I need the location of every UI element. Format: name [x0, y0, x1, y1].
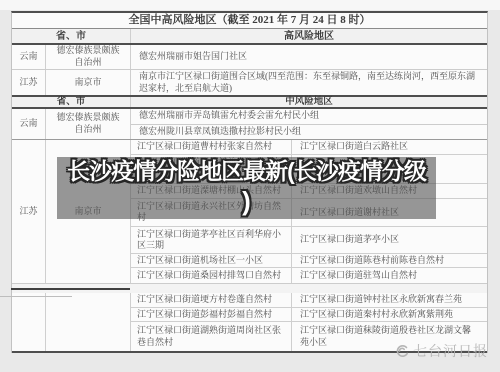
area-cell: 德宏州瑞丽市弄岛镇雷允村委会雷允村民小组: [131, 109, 487, 125]
area-cell: 江宁区禄口街道桑园村排驾口自然村: [131, 268, 292, 283]
city-cell-empty: [46, 293, 131, 351]
area-cell: 南京市江宁区禄口街道围合区域(四至范围：东至禄铜路，南至达练岗河，西至原东湖迟家…: [131, 70, 487, 95]
medium-risk-header: 中风险地区: [131, 97, 487, 107]
province-cell-empty: [12, 293, 46, 351]
headline-text-continued: ): [242, 186, 251, 216]
chunk-divider-dark-line: [11, 288, 130, 290]
page-top-margin: [0, 0, 500, 10]
table-row: 江苏 南京市 南京市江宁区禄口街道围合区域(四至范围：东至禄铜路，南至达练岗河，…: [12, 70, 487, 97]
headline-text: 长沙疫情分险地区最新(长沙疫情分级: [67, 157, 426, 186]
province-cell: 江苏: [12, 140, 46, 283]
province-cell: 云南: [12, 109, 46, 139]
area-cell: 江宁区禄口街道秦村村永欣新寓紫荆苑: [292, 308, 487, 322]
area-cell: 江宁区禄口街道茅亭小区: [292, 227, 487, 253]
area-cell: 江宁区禄口街道机场社区一小区: [131, 254, 292, 267]
province-city-header: 省、市: [12, 29, 131, 43]
high-risk-header-row: 省、市 高风险地区: [12, 29, 487, 45]
area-cell: 江宁区禄口街道湖熟街道周岗社区张巷自然村: [131, 322, 292, 351]
city-cell: 德宏傣族景颇族自治州: [46, 109, 131, 139]
area-cell: 江宁区禄口街道曹村村张家自然村: [131, 140, 292, 154]
table-row: 云南 德宏傣族景颇族自治州 德宏州瑞丽市姐告国门社区: [12, 45, 487, 70]
table-row: 云南 德宏傣族景颇族自治州 德宏州瑞丽市弄岛镇雷允村委会雷允村民小组 德宏州陇川…: [12, 109, 487, 140]
area-cell: 江宁区禄口街道彭福村彭福自然村: [131, 308, 292, 322]
area-sublist: 德宏州瑞丽市弄岛镇雷允村委会雷允村民小组 德宏州陇川县章凤镇迭撒村拉影村民小组: [131, 109, 487, 139]
area-cell: 江宁区禄口街道茅亭社区百利华府小区三期: [131, 227, 292, 253]
medium-risk-header-row: 省、市 中风险地区: [12, 97, 487, 109]
high-risk-header: 高风险地区: [131, 29, 487, 43]
watermark-text: 七台河日报: [413, 341, 488, 361]
area-cell: 江宁区禄口街道钟村社区永欣新寓春兰苑: [292, 293, 487, 307]
city-cell: 南京市: [46, 70, 131, 95]
area-cell: 江宁区禄口街道驻驾山自然村: [292, 268, 487, 283]
list-item: 江宁区禄口街道机场社区一小区 江宁区禄口街道陈巷村前陈巷自然村: [131, 254, 487, 268]
area-cell: 江宁区禄口街道埂方村卷蓬自然村: [131, 293, 292, 307]
province-cell: 云南: [12, 45, 46, 69]
list-item: 江宁区禄口街道彭福村彭福自然村 江宁区禄口街道秦村村永欣新寓紫荆苑: [131, 308, 487, 323]
area-cell: 江宁区禄口街道白云路社区: [292, 140, 487, 154]
headline-overlay-banner: 长沙疫情分险地区最新(长沙疫情分级 ): [57, 157, 436, 219]
list-item: 江宁区禄口街道茅亭社区百利华府小区三期 江宁区禄口街道茅亭小区: [131, 227, 487, 254]
table-title: 全国中高风险地区（截至 2021 年 7 月 24 日 8 时）: [12, 13, 487, 29]
chunk-divider-stray-line: [0, 296, 72, 297]
area-cell: 江宁区禄口街道陈巷村前陈巷自然村: [292, 254, 487, 267]
area-cell: 德宏州瑞丽市姐告国门社区: [131, 45, 487, 69]
province-cell: 江苏: [12, 70, 46, 95]
newspaper-watermark: 七台河日报: [394, 341, 488, 361]
area-cell: 德宏州陇川县章凤镇迭撒村拉影村民小组: [131, 125, 487, 140]
swirl-sun-logo-icon: [394, 343, 410, 359]
list-item: 江宁区禄口街道桑园村排驾口自然村 江宁区禄口街道驻驾山自然村: [131, 268, 487, 283]
list-item: 江宁区禄口街道曹村村张家自然村 江宁区禄口街道白云路社区: [131, 140, 487, 155]
province-city-header: 省、市: [12, 97, 131, 107]
city-cell: 德宏傣族景颇族自治州: [46, 45, 131, 69]
list-item: 江宁区禄口街道埂方村卷蓬自然村 江宁区禄口街道钟村社区永欣新寓春兰苑: [131, 293, 487, 308]
